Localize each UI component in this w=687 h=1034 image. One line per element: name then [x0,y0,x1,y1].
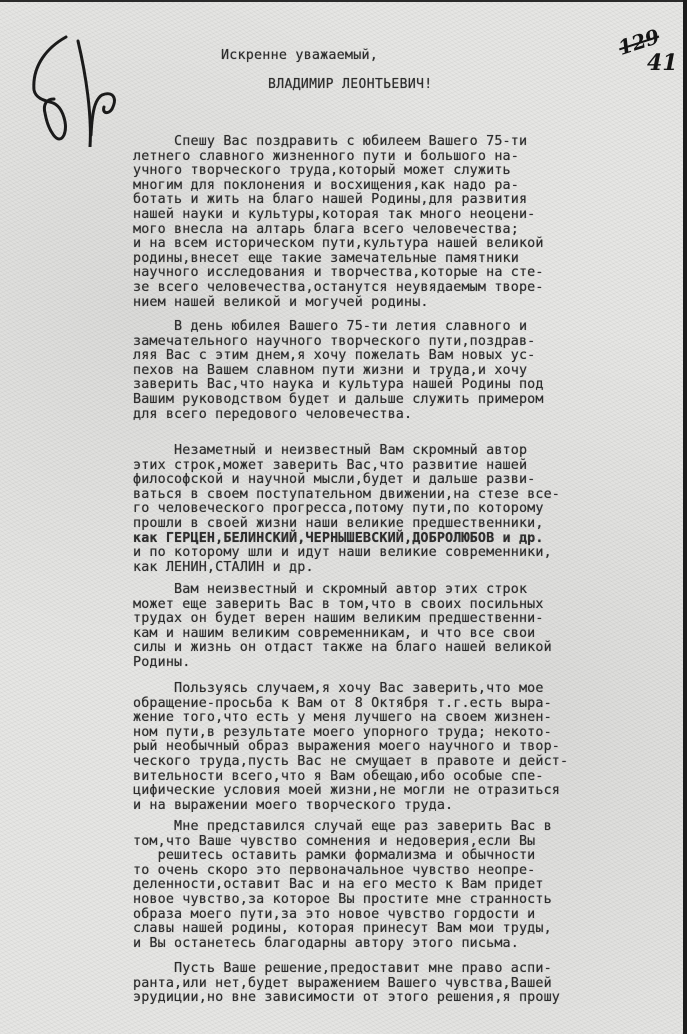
text-line: мого внесла на алтарь блага всего челове… [133,223,669,238]
text-line: Спешу Вас поздравить с юбилеем Вашего 75… [133,135,669,150]
text-line: цифические условия моей жизни,не могли н… [133,784,669,799]
text-line: го человеческого прогресса,потому пути,п… [133,502,669,517]
text-line: славы нашей родины, которая принесут Вам… [133,922,669,937]
text-line: жение того,что есть у меня лучшего на св… [133,711,669,726]
text-line: и Вы останетесь благодарны автору этого … [133,937,669,952]
document-page: 129 41 Искренне уважаемый, ВЛАДИМИР ЛЕОН… [0,0,683,1034]
page-number: 41 [647,50,678,76]
text-line: рый необычный образ выражения моего науч… [133,740,669,755]
text-line: том,что Ваше чувство сомнения и недовери… [133,835,669,850]
scan-edge-border [683,0,687,1034]
text-line: Вам неизвестный и скромный автор этих ст… [133,583,669,598]
paragraph-1: Спешу Вас поздравить с юбилеем Вашего 75… [133,135,669,310]
text-line: силы и жизнь он отдаст также на благо на… [133,641,669,656]
text-line: то очень скоро это первоначальное чувств… [133,864,669,879]
text-line: ваться в своем поступательном движении,н… [133,488,669,503]
text-line: решитесь оставить рамки формализма и обы… [133,849,669,864]
text-line: для всего передового человечества. [133,408,669,423]
text-line: научного исследования и творчества,котор… [133,266,669,281]
text-line: этих строк,может заверить Вас,что развит… [133,459,669,474]
text-line: Вашим руководством будет и дальше служит… [133,393,669,408]
text-line: прошли в своей жизни наши великие предше… [133,517,669,532]
text-line: и на выражении моего творческого труда. [133,799,669,814]
text-line: Пусть Ваше решение,предоставит мне право… [133,962,669,977]
text-line: ботать и жить на благо нашей Родины,для … [133,193,669,208]
paragraph-4: Вам неизвестный и скромный автор этих ст… [133,583,669,671]
text-line: родины,внесет еще такие замечательные па… [133,252,669,267]
paragraph-7: Пусть Ваше решение,предоставит мне право… [133,962,669,1006]
text-line: вительности всего,что я Вам обещаю,ибо о… [133,770,669,785]
paragraph-2: В день юбилея Вашего 75-ти летия славног… [133,320,669,422]
text-line: нием нашей великой и могучей родины. [133,296,669,311]
text-line: замечательного научного творческого пути… [133,335,669,350]
paragraph-3: Незаметный и неизвестный Вам скромный ав… [133,444,669,575]
text-line: ляя Вас с этим днем,я хочу пожелать Вам … [133,349,669,364]
text-line: и на всем историческом пути,культура наш… [133,237,669,252]
text-line: Мне представился случай еще раз заверить… [133,820,669,835]
text-line: зе всего человечества,останутся неувядае… [133,281,669,296]
text-line: образа моего пути,за это новое чувство г… [133,908,669,923]
text-line: новое чувство,за которое Вы простите мне… [133,893,669,908]
text-line: может еще заверить Вас в том,что в своих… [133,598,669,613]
text-line: учного творческого труда,который может с… [133,164,669,179]
text-line: трудах он будет верен нашим великим пред… [133,612,669,627]
salutation: Искренне уважаемый, [221,48,378,63]
text-line: как ГЕРЦЕН,БЕЛИНСКИЙ,ЧЕРНЫШЕВСКИЙ,ДОБРОЛ… [133,532,669,547]
text-line: Пользуясь случаем,я хочу Вас заверить,чт… [133,682,669,697]
text-line: как ЛЕНИН,СТАЛИН и др. [133,561,669,576]
text-line: деленности,оставит Вас и на его место к … [133,878,669,893]
text-line: летнего славного жизненного пути и больш… [133,150,669,165]
text-line: эрудиции,но вне зависимости от этого реш… [133,991,669,1006]
text-line: заверить Вас,что наука и культура нашей … [133,378,669,393]
paragraph-5: Пользуясь случаем,я хочу Вас заверить,чт… [133,682,669,813]
text-line: ческого труда,пусть Вас не смущает в пра… [133,755,669,770]
text-line: и по которому шли и идут наши великие со… [133,546,669,561]
text-line: философской и научной мысли,будет и даль… [133,473,669,488]
paragraph-6: Мне представился случай еще раз заверить… [133,820,669,951]
text-line: В день юбилея Вашего 75-ти летия славног… [133,320,669,335]
text-line: ранта,или нет,будет выражением Вашего чу… [133,977,669,992]
handwritten-monogram-icon [28,35,133,147]
text-line: Незаметный и неизвестный Вам скромный ав… [133,444,669,459]
text-line: обращение-просьба к Вам от 8 Октября т.г… [133,697,669,712]
text-line: нашей науки и культуры,которая так много… [133,208,669,223]
addressee: ВЛАДИМИР ЛЕОНТЬЕВИЧ! [268,77,433,92]
text-line: Родины. [133,656,669,671]
